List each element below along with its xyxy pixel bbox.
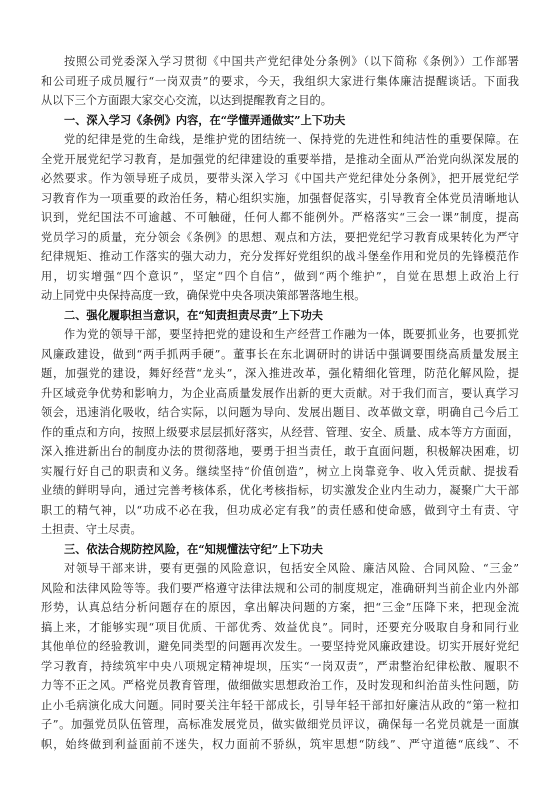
section-heading: 一、深入学习《条例》内容，在“学懂弄通做实”上下功夫: [41, 111, 519, 131]
text-line: 土担责、守土尽责。: [41, 520, 519, 540]
text-line: 必然要求。作为领导班子成员，要带头深入学习《中国共产党纪律处分条例》，把开展党纪…: [41, 169, 519, 189]
text-line: 作的重点和方向，按照上级要求层层抓好落实，从经营、管理、安全、质量、成本等方方面…: [41, 423, 519, 443]
text-line: 风险和法律风险等等。我们要严格遵守法律法规和公司的制度规定，准确研判当前企业内外…: [41, 579, 519, 599]
text-line: 学习教育，持续筑牢中央八项规定精神堤坝，压实“一岗双责”，严肃整治纪律松散、履职…: [41, 657, 519, 677]
text-line: 用，切实增强“四个意识”，坚定“四个自信”，做到“两个维护”，自觉在思想上政治上…: [41, 267, 519, 287]
text-line: 党员学习的质量，充分领会《条例》的思想、观点和方法，要把党纪学习教育成果转化为严…: [41, 228, 519, 248]
text-line: 力等不正之风。严格党员教育管理，做细做实思想政治工作，及时发现和纠治苗头性问题，…: [41, 676, 519, 696]
text-line: 党的纪律是党的生命线，是维护党的团结统一、保持党的先进性和纯洁性的重要保障。在: [41, 130, 519, 150]
section-1: 一、深入学习《条例》内容，在“学懂弄通做实”上下功夫 党的纪律是党的生命线，是维…: [41, 111, 519, 306]
text-line: 止小毛病演化成大问题。同时要关注年轻干部成长，引导年轻干部扣好廉洁从政的“第一粒…: [41, 696, 519, 716]
text-line: 升区域竞争优势和影响力，为企业高质量发展作出新的更大贡献。对于我们而言，要认真学…: [41, 384, 519, 404]
text-line: 和公司班子成员履行“一岗双责”的要求，今天，我组织大家进行集体廉洁提醒谈话。下面…: [41, 72, 519, 92]
section-paragraph: 作为党的领导干部，要坚持把党的建设和生产经营工作融为一体，既要抓业务，也要抓党 …: [41, 325, 519, 540]
text-line: 实履行好自己的职责和义务。继续坚持“价值创造”，树立上岗靠竞争、收入凭贡献、提拔…: [41, 462, 519, 482]
text-line: 子”。加强党员队伍管理，高标准发展党员，做实做细党员评议，确保每一名党员就是一面…: [41, 715, 519, 735]
text-line: 风廉政建设，做到“两手抓两手硬”。董事长在东北调研时的讲话中强调要围绕高质量发展…: [41, 345, 519, 365]
text-line: 职工的精气神，以“功成不必在我，但功成必定有我”的责任感和使命感，做到守土有责、…: [41, 501, 519, 521]
document-page: 按照公司党委深入学习贯彻《中国共产党纪律处分条例》（以下简称《条例》）工作部署 …: [41, 52, 519, 754]
text-line: 动上同党中央保持高度一致，确保党中央各项决策部署落地生根。: [41, 286, 519, 306]
text-line: 全党开展党纪学习教育，是加强党的纪律建设的重要举措，是推动全面从严治党向纵深发展…: [41, 150, 519, 170]
section-2: 二、强化履职担当意识，在“知责担责尽责”上下功夫 作为党的领导干部，要坚持把党的…: [41, 306, 519, 540]
text-line: 其他单位的经验教训，避免同类型的问题再次发生。一要坚持党风廉政建设。切实开展好党…: [41, 637, 519, 657]
text-line: 深入推进新出台的制度办法的贯彻落地，要勇于担当责任，敢于直面问题，积极解决困难，…: [41, 442, 519, 462]
section-heading: 三、依法合规防控风险，在“知规懂法守纪”上下功夫: [41, 540, 519, 560]
text-line: 领会，迅速消化吸收，结合实际，以问题为导向、发展出题目、改革做文章，明确自己今后…: [41, 403, 519, 423]
text-line: 纪律规矩、推动工作落实的强大动力，充分发挥好党组织的战斗堡垒作用和党员的先锋模范…: [41, 247, 519, 267]
text-line: 作为党的领导干部，要坚持把党的建设和生产经营工作融为一体，既要抓业务，也要抓党: [41, 325, 519, 345]
text-line: 识到，党纪国法不可逾越、不可触碰，任何人都不能例外。严格落实“三会一课”制度，提…: [41, 208, 519, 228]
text-line: 帜，始终做到利益面前不迷失，权力面前不骄纵，筑牢思想“防线”、严守道德“底线”、…: [41, 735, 519, 755]
section-paragraph: 对领导干部来讲，要有更强的风险意识，包括安全风险、廉洁风险、合同风险、“三金” …: [41, 559, 519, 754]
text-line: 业绩的鲜明导向，通过完善考核体系，优化考核指标，切实激发企业内生动力，凝聚广大干…: [41, 481, 519, 501]
section-paragraph: 党的纪律是党的生命线，是维护党的团结统一、保持党的先进性和纯洁性的重要保障。在 …: [41, 130, 519, 306]
text-line: 对领导干部来讲，要有更强的风险意识，包括安全风险、廉洁风险、合同风险、“三金”: [41, 559, 519, 579]
section-heading: 二、强化履职担当意识，在“知责担责尽责”上下功夫: [41, 306, 519, 326]
intro-paragraph: 按照公司党委深入学习贯彻《中国共产党纪律处分条例》（以下简称《条例》）工作部署 …: [41, 52, 519, 111]
section-3: 三、依法合规防控风险，在“知规懂法守纪”上下功夫 对领导干部来讲，要有更强的风险…: [41, 540, 519, 755]
text-line: 搞上来，才能够实现“项目优质、干部优秀、效益优良”。同时，还要充分吸取自身和同行…: [41, 618, 519, 638]
text-line: 按照公司党委深入学习贯彻《中国共产党纪律处分条例》（以下简称《条例》）工作部署: [41, 52, 519, 72]
text-line: 从以下三个方面跟大家交心交流，以达到提醒教育之目的。: [41, 91, 519, 111]
text-line: 习教育作为一项重要的政治任务，精心组织实施，加强督促落实，引导教育全体党员清晰地…: [41, 189, 519, 209]
text-line: 题，加强党的建设，舞好经营“龙头”，深入推进改革，强化精细化管理，防范化解风险，…: [41, 364, 519, 384]
text-line: 形势，认真总结分析问题存在的原因，拿出解决问题的方案，把“三金”压降下来，把现金…: [41, 598, 519, 618]
